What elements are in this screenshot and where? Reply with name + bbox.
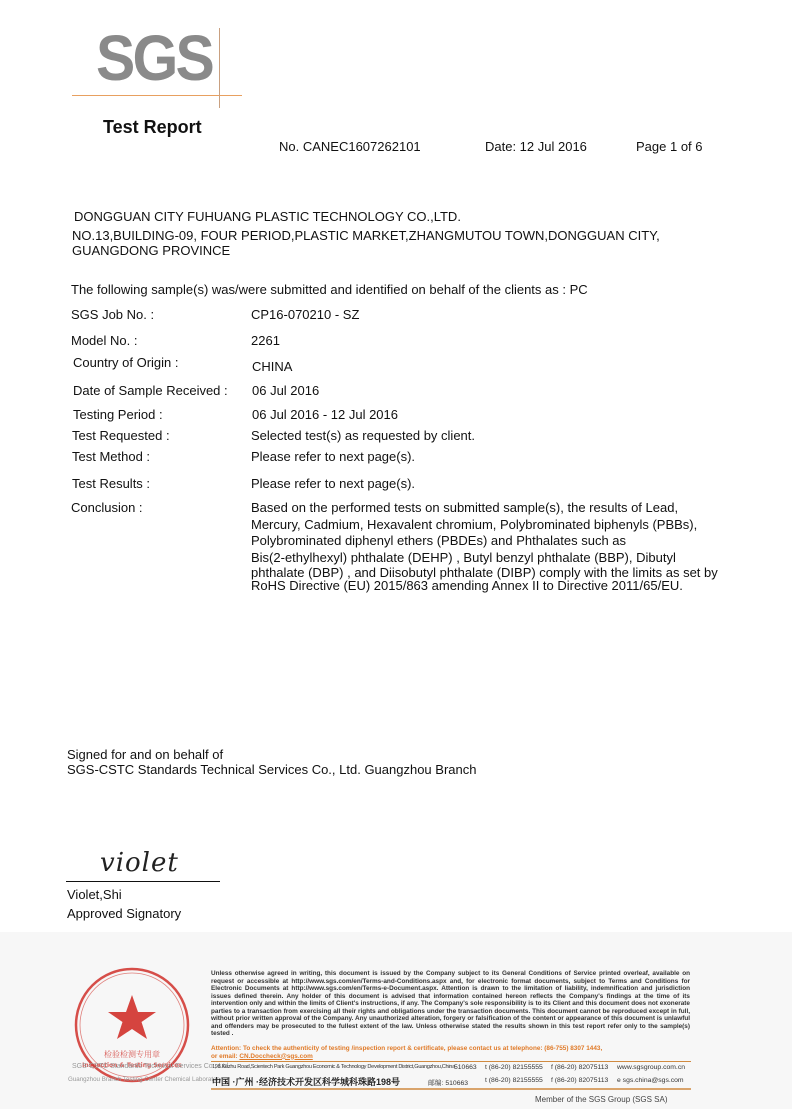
official-seal: 检验检测专用章 Inspection & Testing Services	[68, 965, 196, 1093]
field-value-model-no: 2261	[251, 333, 280, 348]
field-label-test-requested: Test Requested :	[72, 428, 170, 443]
field-value-job-no: CP16-070210 - SZ	[251, 307, 359, 322]
authenticity-notice-text: Attention: To check the authenticity of …	[211, 1045, 691, 1053]
client-name: DONGGUAN CITY FUHUANG PLASTIC TECHNOLOGY…	[74, 209, 461, 224]
field-value-test-method: Please refer to next page(s).	[251, 449, 415, 464]
field-label-date-received: Date of Sample Received :	[73, 383, 228, 398]
handwritten-signature: violet	[100, 848, 179, 878]
fax-2: f (86-20) 82075113	[551, 1077, 608, 1084]
field-value-test-requested: Selected test(s) as requested by client.	[251, 428, 475, 443]
doccheck-email-link[interactable]: CN.Doccheck@sgs.com	[239, 1053, 312, 1060]
field-label-test-method: Test Method :	[72, 449, 150, 464]
field-value-testing-period: 06 Jul 2016 - 12 Jul 2016	[252, 407, 398, 422]
sgs-logo: SGS	[66, 18, 241, 106]
seal-stamp-icon: 检验检测专用章 Inspection & Testing Services	[68, 965, 196, 1093]
sgs-group-member: Member of the SGS Group (SGS SA)	[535, 1095, 668, 1104]
signed-for-label: Signed for and on behalf of	[67, 747, 223, 762]
logo-horizontal-rule	[72, 95, 242, 96]
signature-line	[66, 881, 220, 882]
signing-company: SGS-CSTC Standards Technical Services Co…	[67, 762, 476, 777]
field-value-date-received: 06 Jul 2016	[252, 383, 319, 398]
address-chinese: 中国 ·广州 ·经济技术开发区科学城科珠路198号	[212, 1075, 400, 1088]
sgs-logo-text: SGS	[96, 26, 212, 90]
client-address-line2: GUANGDONG PROVINCE	[72, 243, 230, 258]
conclusion-line: Polybrominated diphenyl ethers (PBDEs) a…	[251, 533, 731, 550]
report-date: Date: 12 Jul 2016	[485, 139, 587, 154]
email-prefix: or email:	[211, 1053, 239, 1060]
authenticity-email-row: or email: CN.Doccheck@sgs.com	[211, 1053, 691, 1061]
email-link[interactable]: e sgs.china@sgs.com	[617, 1077, 684, 1084]
seal-label-line2: Guangzhou Branch Testing Center Chemical…	[68, 1076, 222, 1083]
conclusion-line: Mercury, Cadmium, Hexavalent chromium, P…	[251, 517, 731, 534]
page-number: Page 1 of 6	[636, 139, 703, 154]
conclusion-label: Conclusion :	[71, 500, 143, 515]
authenticity-notice: Attention: To check the authenticity of …	[211, 1045, 691, 1060]
seal-label-line1: SGS-CSTC Standards Technical Services Co…	[72, 1063, 230, 1070]
telephone-2: t (86-20) 82155555	[485, 1077, 543, 1084]
field-label-model-no: Model No. :	[71, 333, 137, 348]
website-link[interactable]: www.sgsgroup.com.cn	[617, 1064, 685, 1071]
signatory-name: Violet,Shi	[67, 887, 122, 902]
report-number: No. CANEC1607262101	[279, 139, 421, 154]
field-label-country: Country of Origin :	[73, 355, 179, 370]
conclusion-line: Bis(2-ethylhexyl) phthalate (DEHP) , But…	[251, 550, 731, 567]
footer-bottom-rule	[211, 1088, 691, 1090]
telephone-1: t (86-20) 82155555	[485, 1064, 543, 1071]
address-divider	[211, 1061, 691, 1062]
fax-1: f (86-20) 82075113	[551, 1064, 608, 1071]
page-title: Test Report	[103, 117, 202, 138]
legal-disclaimer: Unless otherwise agreed in writing, this…	[211, 970, 690, 1038]
conclusion-line: RoHS Directive (EU) 2015/863 amending An…	[251, 580, 731, 591]
field-label-testing-period: Testing Period :	[73, 407, 163, 422]
svg-text:检验检测专用章: 检验检测专用章	[104, 1049, 160, 1059]
signatory-title: Approved Signatory	[67, 906, 181, 921]
field-value-country: CHINA	[252, 359, 292, 374]
postcode-english: 510663	[454, 1064, 477, 1071]
conclusion-text: Based on the performed tests on submitte…	[251, 500, 731, 591]
conclusion-line: Based on the performed tests on submitte…	[251, 500, 731, 517]
sample-intro: The following sample(s) was/were submitt…	[71, 282, 588, 297]
postcode-chinese: 邮编: 510663	[428, 1077, 468, 1087]
logo-vertical-rule	[219, 28, 220, 108]
client-address-line1: NO.13,BUILDING-09, FOUR PERIOD,PLASTIC M…	[72, 228, 660, 243]
field-label-job-no: SGS Job No. :	[71, 307, 154, 322]
field-label-test-results: Test Results :	[72, 476, 150, 491]
field-value-test-results: Please refer to next page(s).	[251, 476, 415, 491]
address-english: 198 Kezhu Road,Scientech Park Guangzhou …	[212, 1064, 455, 1070]
